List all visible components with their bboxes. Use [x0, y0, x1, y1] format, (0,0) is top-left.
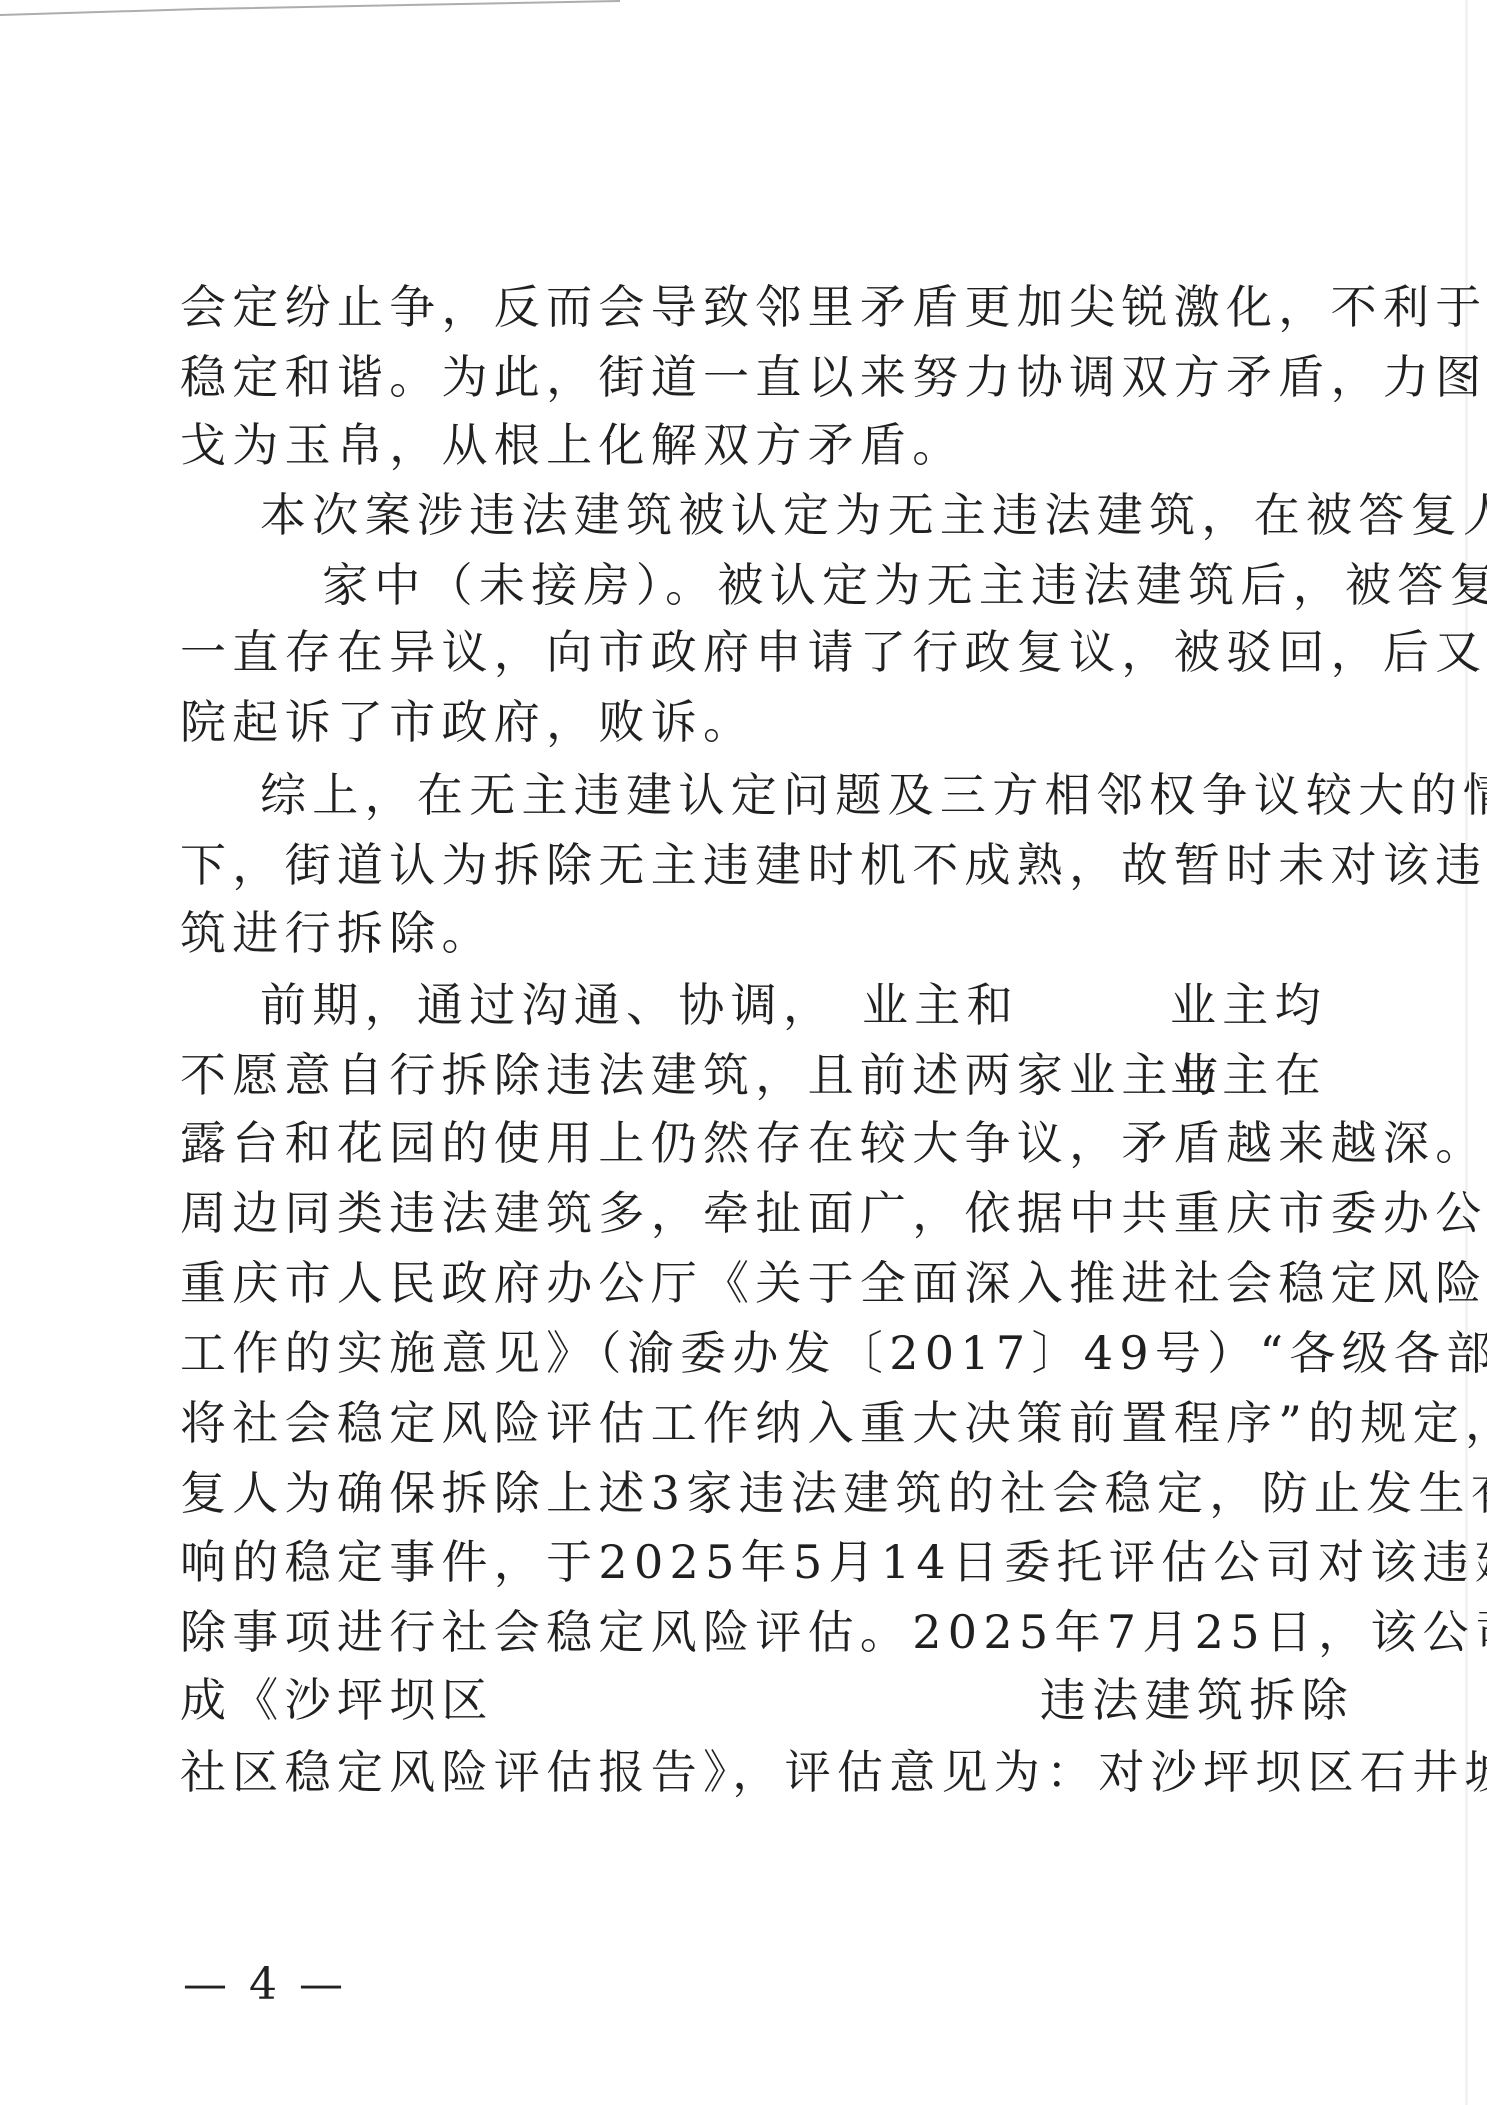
text-line: 下，街道认为拆除无主违建时机不成熟，故暂时未对该违法建 — [180, 835, 1280, 895]
text-segment: 不愿意自行拆除违法建筑，且前述两家业主与 — [180, 1045, 1226, 1105]
text-segment: 成《沙坪坝区 — [180, 1670, 494, 1730]
text-segment: 前期，通过沟通、协调， — [260, 975, 835, 1035]
text-segment: 社区稳定风险评估报告》，评估意见为：对沙坪坝区石井坡 — [180, 1742, 1487, 1802]
text-segment: 一直存在异议，向市政府申请了行政复议，被驳回，后又向法 — [180, 622, 1487, 682]
text-line: 露台和花园的使用上仍然存在较大争议，矛盾越来越深。由于 — [180, 1113, 1280, 1173]
text-line: 工作的实施意见》（渝委办发〔2017〕49号）“各级各部门要 — [180, 1323, 1280, 1383]
text-line: 综上，在无主违建认定问题及三方相邻权争议较大的情况 — [180, 765, 1280, 825]
text-line: 复人为确保拆除上述3家违法建筑的社会稳定，防止发生有影 — [180, 1463, 1280, 1523]
text-segment: 重庆市人民政府办公厅《关于全面深入推进社会稳定风险评估 — [180, 1253, 1487, 1313]
text-segment: 露台和花园的使用上仍然存在较大争议，矛盾越来越深。由于 — [180, 1113, 1487, 1173]
text-line: 家中（未接房）。被认定为无主违法建筑后，被答复人 — [180, 555, 1280, 615]
text-segment: 院起诉了市政府，败诉。 — [180, 692, 755, 752]
text-line: 会定纷止争，反而会导致邻里矛盾更加尖锐激化，不利于社会 — [180, 277, 1280, 337]
text-segment: 违法建筑拆除 — [1040, 1670, 1354, 1730]
text-line: 本次案涉违法建筑被认定为无主违法建筑，在被答复人 — [180, 485, 1280, 545]
text-segment: 会定纷止争，反而会导致邻里矛盾更加尖锐激化，不利于社会 — [180, 277, 1487, 337]
text-segment: 业主在 — [1170, 1045, 1327, 1105]
text-line: 不愿意自行拆除违法建筑，且前述两家业主与业主在 — [180, 1045, 1280, 1105]
text-line: 响的稳定事件，于2025年5月14日委托评估公司对该违建拆 — [180, 1532, 1280, 1592]
text-segment: 工作的实施意见》（渝委办发〔2017〕49号）“各级各部门要 — [180, 1323, 1487, 1383]
text-line: 戈为玉帛，从根上化解双方矛盾。 — [180, 415, 1280, 475]
text-segment: 除事项进行社会稳定风险评估。2025年7月25日，该公司形 — [180, 1602, 1487, 1662]
text-segment: 周边同类违法建筑多，牵扯面广，依据中共重庆市委办公厅、 — [180, 1183, 1487, 1243]
text-segment: 稳定和谐。为此，街道一直以来努力协调双方矛盾，力图化干 — [180, 347, 1487, 407]
text-line: 院起诉了市政府，败诉。 — [180, 692, 1280, 752]
text-line: 稳定和谐。为此，街道一直以来努力协调双方矛盾，力图化干 — [180, 347, 1280, 407]
text-segment: 筑进行拆除。 — [180, 903, 494, 963]
text-line: 成《沙坪坝区违法建筑拆除 — [180, 1670, 1280, 1730]
text-segment: 家中（未接房）。被认定为无主违法建筑后，被答复人 — [322, 555, 1487, 615]
text-line: 前期，通过沟通、协调，业主和业主均 — [180, 975, 1280, 1035]
text-line: 将社会稳定风险评估工作纳入重大决策前置程序”的规定，答 — [180, 1393, 1280, 1453]
text-line: 周边同类违法建筑多，牵扯面广，依据中共重庆市委办公厅、 — [180, 1183, 1280, 1243]
text-segment: 戈为玉帛，从根上化解双方矛盾。 — [180, 415, 965, 475]
text-segment: 将社会稳定风险评估工作纳入重大决策前置程序”的规定，答 — [180, 1393, 1487, 1453]
text-line: 筑进行拆除。 — [180, 903, 1280, 963]
text-line: 除事项进行社会稳定风险评估。2025年7月25日，该公司形 — [180, 1602, 1280, 1662]
text-segment: 本次案涉违法建筑被认定为无主违法建筑，在被答复人 — [260, 485, 1487, 545]
text-segment: 响的稳定事件，于2025年5月14日委托评估公司对该违建拆 — [180, 1532, 1487, 1592]
text-segment: 业主均 — [1170, 975, 1327, 1035]
text-segment: 下，街道认为拆除无主违建时机不成熟，故暂时未对该违法建 — [180, 835, 1487, 895]
text-segment: 业主和 — [862, 975, 1019, 1035]
document-page: 会定纷止争，反而会导致邻里矛盾更加尖锐激化，不利于社会稳定和谐。为此，街道一直以… — [0, 0, 1487, 2105]
text-line: 重庆市人民政府办公厅《关于全面深入推进社会稳定风险评估 — [180, 1253, 1280, 1313]
text-segment: 综上，在无主违建认定问题及三方相邻权争议较大的情况 — [260, 765, 1487, 825]
text-line: 一直存在异议，向市政府申请了行政复议，被驳回，后又向法 — [180, 622, 1280, 682]
page-number: — 4 — — [183, 1960, 347, 2010]
text-segment: 复人为确保拆除上述3家违法建筑的社会稳定，防止发生有影 — [180, 1463, 1487, 1523]
text-line: 社区稳定风险评估报告》，评估意见为：对沙坪坝区石井坡 — [180, 1742, 1280, 1802]
